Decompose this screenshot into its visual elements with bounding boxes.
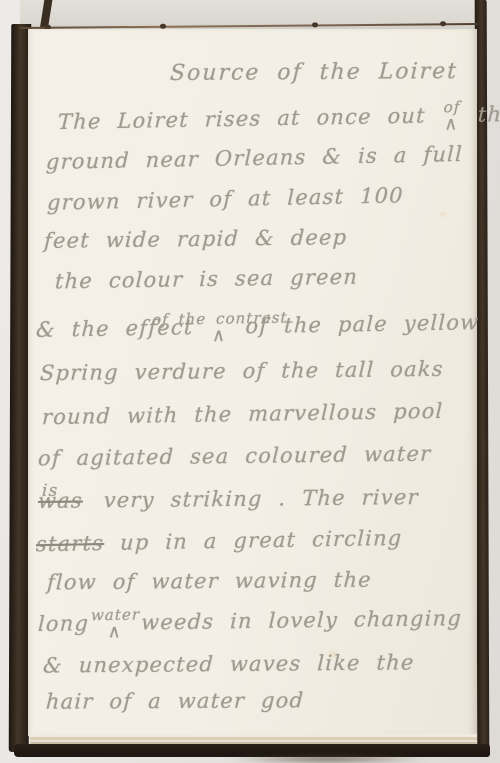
- manuscript-line: Spring verdure of the tall oaks: [40, 357, 445, 385]
- manuscript-text: the: [477, 102, 500, 127]
- manuscript-text: & unexpected waves like the: [42, 650, 415, 677]
- manuscript-text: Spring verdure of the tall oaks: [40, 357, 445, 385]
- manuscript-line: long water∧ weeds in lovely changing: [38, 606, 463, 636]
- manuscript-text: up in a great circling: [120, 526, 403, 555]
- manuscript-line: feet wide rapid & deep: [44, 225, 348, 253]
- manuscript-line: & the effect of the contrast∧ of the pal…: [36, 310, 480, 342]
- manuscript-title: Source of the Loiret: [169, 59, 458, 86]
- manuscript-text: grown river of at least 100: [47, 183, 405, 214]
- manuscript-text: ground near Orleans & is a full: [46, 142, 464, 174]
- manuscript-text: feet wide rapid & deep: [44, 225, 348, 253]
- book-shadow: [225, 755, 430, 763]
- manuscript-line: of agitated sea coloured water: [38, 442, 432, 471]
- manuscript-line: The Loiret rises at once out of∧ the: [58, 102, 500, 134]
- manuscript-line: & unexpected waves like the: [42, 650, 415, 677]
- inserted-word-with-caret: of∧: [444, 103, 459, 127]
- manuscript-line: flow of water waving the: [46, 568, 372, 595]
- caret-mark: ∧: [444, 113, 459, 134]
- manuscript-text: Source of the Loiret: [169, 59, 458, 86]
- manuscript-text: the colour is sea green: [55, 265, 359, 294]
- manuscript-line: ground near Orleans & is a full: [46, 142, 464, 174]
- caret-mark: ∧: [212, 325, 227, 346]
- manuscript-line: iswas very striking . The river: [38, 485, 420, 513]
- manuscript-text: hair of a water god: [45, 688, 304, 713]
- manuscript-line: grown river of at least 100: [47, 183, 405, 214]
- manuscript-text: long: [38, 611, 90, 636]
- stitch-dot: [160, 24, 166, 28]
- manuscript-text: The Loiret rises at once out: [58, 104, 427, 134]
- notebook-photograph: Source of the Loiret The Loiret rises at…: [0, 0, 500, 763]
- manuscript-text: very striking . The river: [103, 485, 419, 512]
- correction-word-over-struck-word: iswas: [38, 489, 84, 513]
- inserted-word-with-caret: of the contrast∧: [212, 315, 227, 339]
- manuscript-line: the colour is sea green: [55, 265, 359, 294]
- struck-out-word: starts: [36, 531, 105, 556]
- manuscript-text: weeds in lovely changing: [141, 606, 463, 634]
- manuscript-text: round with the marvellous pool: [42, 399, 444, 429]
- manuscript-line: starts up in a great circling: [36, 526, 403, 556]
- manuscript-text: of agitated sea coloured water: [38, 442, 432, 471]
- manuscript-line: hair of a water god: [45, 688, 304, 713]
- caret-mark: ∧: [107, 621, 122, 642]
- stitch-dot: [440, 22, 446, 26]
- stitch-dot: [312, 23, 318, 27]
- notebook-page: Source of the Loiret The Loiret rises at…: [28, 29, 477, 736]
- inserted-word-with-caret: water∧: [108, 611, 123, 635]
- manuscript-text: flow of water waving the: [46, 568, 372, 595]
- manuscript-line: round with the marvellous pool: [42, 399, 444, 429]
